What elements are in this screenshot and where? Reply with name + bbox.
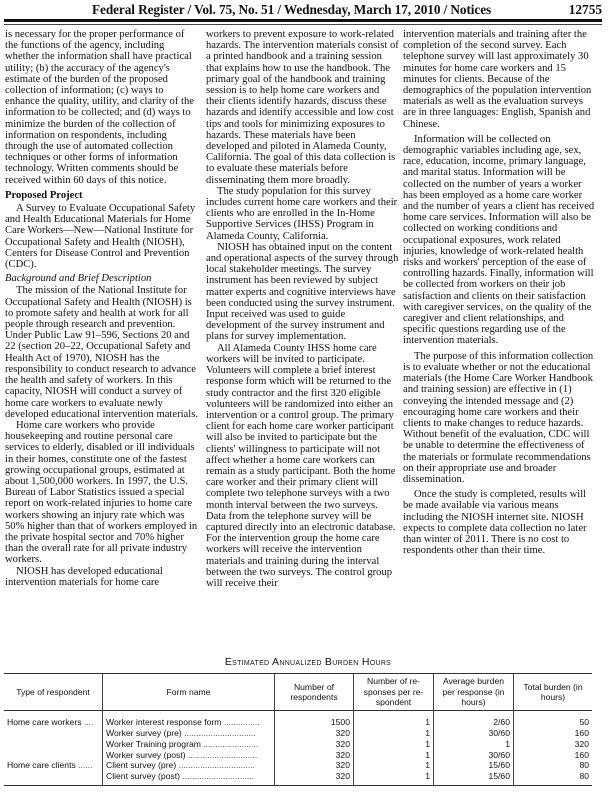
cell-respondents: 320 [275,739,354,750]
cell-avg-burden: 2/60 [434,711,514,728]
paragraph: Home care workers who provide housekeepi… [5,420,199,566]
cell-form: Worker Training program ................… [103,739,275,750]
cell-responses: 1 [354,728,434,739]
cell-respondents: 320 [275,760,354,771]
page-header: Federal Register / Vol. 75, No. 51 / Wed… [0,0,616,20]
table-row: Worker Training program ................… [4,739,592,750]
paragraph: is necessary for the proper performance … [5,29,199,186]
cell-total: 160 [514,749,593,760]
burden-hours-table: Type of respondent Form name Number of r… [4,673,592,786]
paragraph: intervention materials and training afte… [403,29,597,130]
cell-respondents: 320 [275,771,354,785]
table-row: Worker survey (post) ...................… [4,749,592,760]
cell-responses: 1 [354,739,434,750]
table-row: Home care clients ...... Client survey (… [4,760,592,771]
cell-total: 160 [514,728,593,739]
cell-total: 80 [514,760,593,771]
column-header-respondents: Number of respondents [275,674,354,711]
cell-total: 80 [514,771,593,785]
cell-form: Worker survey (post) ...................… [103,749,275,760]
cell-type [4,749,103,760]
paragraph: The study population for this survey inc… [206,186,400,242]
table-row: Client survey (post) ...................… [4,771,592,785]
table-row: Home care workers .... Worker interest r… [4,711,592,728]
cell-avg-burden: 15/60 [434,760,514,771]
subsection-heading: Background and Brief Description [5,273,199,284]
column-header-form: Form name [103,674,275,711]
cell-total: 50 [514,711,593,728]
cell-respondents: 320 [275,728,354,739]
cell-type: Home care workers .... [4,711,103,728]
cell-respondents: 1500 [275,711,354,728]
running-head: Federal Register / Vol. 75, No. 51 / Wed… [92,2,491,18]
text-column-3: intervention materials and training afte… [403,29,597,556]
cell-type [4,771,103,785]
paragraph: workers to prevent exposure to work-rela… [206,29,400,186]
paragraph: Information will be collected on demogra… [403,134,597,347]
text-column-2: workers to prevent exposure to work-rela… [206,29,400,589]
cell-type: Home care clients ...... [4,760,103,771]
cell-responses: 1 [354,711,434,728]
cell-responses: 1 [354,749,434,760]
cell-avg-burden: 1 [434,739,514,750]
table-caption: Estimated Annualized Burden Hours [0,656,616,668]
cell-form: Client survey (pre) ....................… [103,760,275,771]
paragraph: The mission of the National Institute fo… [5,285,199,419]
cell-avg-burden: 30/60 [434,728,514,739]
cell-type [4,739,103,750]
column-header-total: Total burden (in hours) [514,674,593,711]
table-header-row: Type of respondent Form name Number of r… [4,674,592,711]
cell-form: Client survey (post) ...................… [103,771,275,785]
section-heading: Proposed Project [5,190,199,201]
cell-form: Worker survey (pre) ....................… [103,728,275,739]
cell-respondents: 320 [275,749,354,760]
column-header-type: Type of respondent [4,674,103,711]
header-rule-thick [4,19,602,22]
text-column-1: is necessary for the proper performance … [5,29,199,588]
paragraph: Once the study is completed, results wil… [403,489,597,556]
paragraph: NIOSH has developed educational interven… [5,566,199,588]
cell-form: Worker interest response form ..........… [103,711,275,728]
cell-responses: 1 [354,760,434,771]
column-header-avg-burden: Average burden per response (in hours) [434,674,514,711]
paragraph: All Alameda County IHSS home care worker… [206,343,400,589]
page-number: 12755 [569,2,602,18]
column-header-responses: Number of re-sponses per re-spondent [354,674,434,711]
cell-responses: 1 [354,771,434,785]
cell-avg-burden: 15/60 [434,771,514,785]
paragraph: A Survey to Evaluate Occupational Safety… [5,203,199,270]
cell-type [4,728,103,739]
table-row: Worker survey (pre) ....................… [4,728,592,739]
cell-total: 320 [514,739,593,750]
paragraph: The purpose of this information collecti… [403,351,597,485]
paragraph: NIOSH has obtained input on the content … [206,242,400,343]
cell-avg-burden: 30/60 [434,749,514,760]
header-rule-thin [4,24,602,25]
